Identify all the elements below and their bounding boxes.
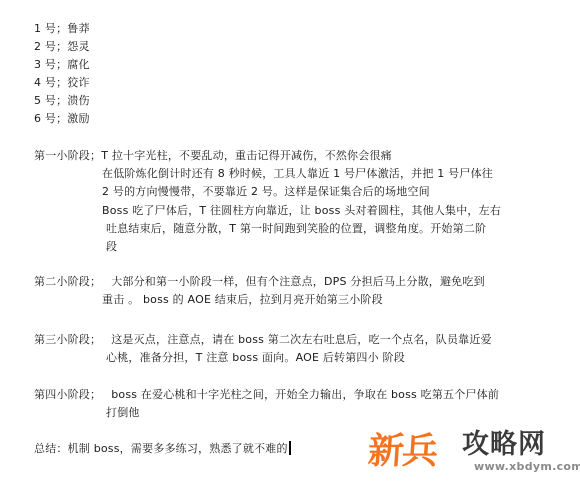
phase-text: boss 在爱心桃和十字光柱之间，开始全力输出，争取在 boss 吃第五个尸体前 (111, 388, 499, 401)
phase-text: 这是灭点，注意点，请在 boss 第二次左右吐息后，吃一个点名，队员靠近爱 (111, 333, 492, 346)
watermark-brand-dark: 攻略网 (462, 430, 546, 460)
list-item-label: 1 号； (34, 22, 67, 35)
list-item: 4 号；狡诈 (34, 76, 90, 90)
list-item: 1 号；鲁莽 (34, 22, 90, 36)
phase-2-line: 第二小阶段；大部分和第一小阶段一样，但有个注意点，DPS 分担后马上分散，避免吃… (34, 275, 485, 289)
list-item: 2 号；怨灵 (34, 40, 90, 54)
phase-text: 重击 。 boss 的 AOE 结束后，拉到月亮开始第三小阶段 (102, 293, 383, 307)
phase-title: 第二小阶段； (34, 275, 101, 288)
watermark-url: www.xbdym.com (474, 461, 580, 473)
list-item-value: 鲁莽 (67, 22, 89, 35)
phase-text: 大部分和第一小阶段一样，但有个注意点，DPS 分担后马上分散，避免吃到 (111, 275, 485, 288)
list-item-label: 4 号； (34, 76, 67, 89)
list-item-label: 6 号； (34, 112, 67, 125)
list-item-label: 2 号； (34, 40, 67, 53)
list-item: 6 号；激励 (34, 112, 90, 126)
list-item: 3 号；腐化 (34, 58, 90, 72)
summary-text: 总结：机制 boss，需要多多练习，熟悉了就不难的 (34, 442, 288, 455)
phase-text: 段 (106, 240, 117, 254)
list-item-value: 怨灵 (67, 40, 89, 53)
list-item-value: 狡诈 (67, 76, 89, 89)
summary[interactable]: 总结：机制 boss，需要多多练习，熟悉了就不难的 (34, 441, 291, 456)
phase-title: 第四小阶段； (34, 388, 101, 401)
phase-1-line: 第一小阶段；T 拉十字光柱，不要乱动，重击记得开减伤，不然你会很痛 (34, 149, 392, 163)
phase-title: 第一小阶段； (34, 149, 101, 162)
list-item-value: 腐化 (67, 58, 89, 71)
phase-text: 心桃，准备分担，T 注意 boss 面向。AOE 后转第四小 阶段 (106, 351, 405, 365)
phase-text: 在低阶炼化倒计时还有 8 秒时候，工具人靠近 1 号尸体激活，并把 1 号尸体往 (102, 167, 493, 181)
watermark-logo: 新兵 攻略网 www.xbdym.com (368, 428, 578, 480)
list-item-value: 激励 (67, 112, 89, 125)
phase-text: 打倒他 (106, 406, 140, 420)
phase-title: 第三小阶段； (34, 333, 101, 346)
watermark-brand-orange: 新兵 (366, 428, 437, 476)
list-item-label: 3 号； (34, 58, 67, 71)
phase-3-line: 第三小阶段；这是灭点，注意点，请在 boss 第二次左右吐息后，吃一个点名，队员… (34, 333, 492, 347)
phase-text: 吐息结束后，随意分散，T 第一时间跑到笑脸的位置，调整角度。开始第二阶 (106, 222, 486, 236)
list-item-label: 5 号； (34, 94, 67, 107)
phase-text: T 拉十字光柱，不要乱动，重击记得开减伤，不然你会很痛 (101, 149, 392, 162)
phase-4-line: 第四小阶段；boss 在爱心桃和十字光柱之间，开始全力输出，争取在 boss 吃… (34, 388, 499, 402)
phase-text: 2 号的方向慢慢带，不要靠近 2 号。这样是保证集合后的场地空间 (102, 185, 430, 199)
list-item: 5 号；溃伤 (34, 94, 90, 108)
text-cursor (289, 441, 291, 455)
phase-text: Boss 吃了尸体后，T 往圆柱方向靠近，让 boss 头对着圆柱，其他人集中，… (102, 204, 501, 218)
list-item-value: 溃伤 (67, 94, 89, 107)
